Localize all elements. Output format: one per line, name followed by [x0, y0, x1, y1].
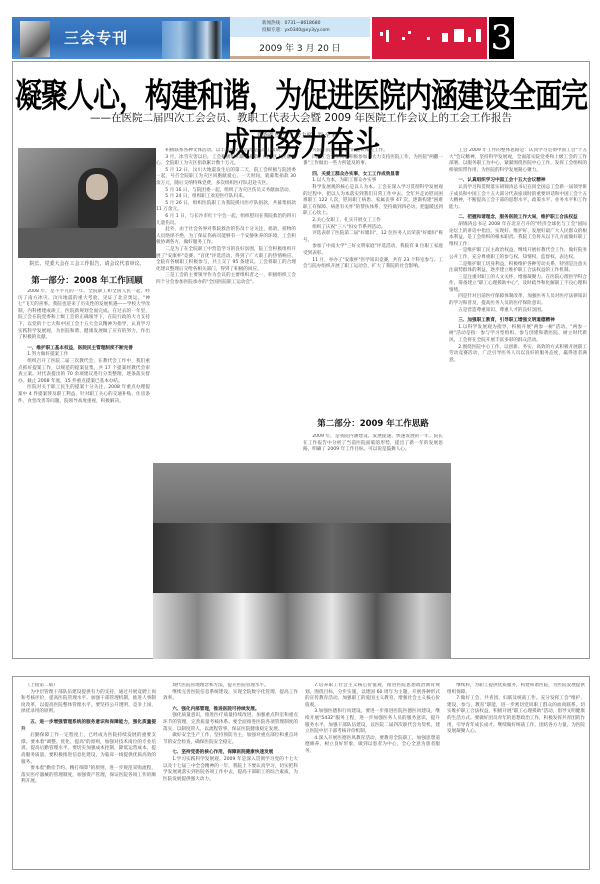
continuation-article: （上接第二版） 为中层管理干部队伍建设提供有力的支持，通过开展竞聘上岗和考核评价… — [12, 676, 590, 870]
paragraph: 认真学习和贯彻落实胡锦涛总书记在同全国总工会新一届领导班子成员和中国工会十五大部… — [449, 185, 587, 211]
subheading: 七、坚持党委的核心作用，保障医院健康快速发展 — [163, 750, 298, 757]
speaker-photo — [18, 148, 156, 258]
section-title: 三会专刊 — [64, 27, 128, 48]
paragraph: 科学发展观的核心是以人为本。工会在深入学习贯彻科学发展观的过程中，把以人为本落实… — [303, 185, 443, 218]
paragraph: 7.做好工会、共青团、妇联及统战工作。充分发挥工会"维护、建设、参与、教育"职能… — [447, 696, 585, 736]
paragraph: 3 月，冰雪灾害以后，工会积极组织职工捐款，向灾区人民献爱心。全院职工为灾区捐款… — [156, 155, 296, 168]
email-text: 投稿专递：yx0340@xy3yy.com — [262, 27, 370, 34]
paragraph: 胡锦涛总书记 2008 年在北京召开的"经济全球化与工会"国际论坛上的讲话中指出… — [449, 222, 587, 248]
paragraph: 2009 年，是我院内涵建设、发展提速、快速发展的一年。院长在工作报告中分析了当… — [303, 434, 443, 454]
paragraph: 11 月，举办了"安康杯"医学知识竞赛，共有 23 个科室参与。工会与院办组织开… — [303, 258, 443, 271]
cont-column-1: （上接第二版） 为中层管理干部队伍建设提供有力的支持，通过开展竞聘上岗和考核评价… — [21, 683, 156, 865]
subheading: 一、认真组织学习中国工会十五大会议精神 — [449, 178, 587, 185]
conference-photo — [153, 463, 451, 659]
paragraph: 三是工会的主要领导作为会议的主要组织者之一，积极组织工会四个分会参加医院承办的"… — [156, 273, 296, 286]
paragraph: 6 月 1 日，与长沙市红十字会一起，组织慰问在我院救治的四川儿童伤员。 — [156, 214, 296, 227]
masthead: 三会专刊 新闻热线：0731—8618680 投稿专递：yx0340@xy3yy… — [12, 17, 592, 59]
paragraph: 评选表彰了医院第二届"好媳妇"，12 位医务人员荣获"好媳妇"称号。 — [303, 231, 443, 244]
paragraph: 此外，由于社会各界对我院救治的伤员十分关注，捐款、捐物的人员络绎不绝，为了保证伤… — [156, 227, 296, 247]
paragraph: 5 月 12 日，汶川大地震发生后的第二天，院工会积极与院团委一起，号召全院职工… — [156, 168, 296, 188]
banner-decoration-image — [162, 21, 222, 59]
subheading-minor: 1.努力做好提案工作 — [18, 352, 150, 359]
paragraph: 医院对关于职工民生的提案十分关注，2008 年重点办理提案中 4 件提案涉及职工… — [18, 385, 150, 405]
issue-date: 2009 年 3 月 20 日 — [230, 37, 370, 54]
paragraph: 要本着"勤俭节约、精打细算"的原则，进一步规范采购流程，落实医疗器械的管理制度，… — [21, 766, 156, 786]
part1-heading: 第一部分：2008 年工作回顾 — [18, 274, 156, 286]
photo-caption: 院长、党委大会在工会工作报告，请会议代表审议。 — [18, 260, 156, 267]
column-2: 积极联系各种文体活动，以丰富的文化活动提高员工素质。 3 月，冰雪灾害以后，工会… — [156, 148, 296, 460]
paragraph: 5 月 24 日，组织职工欢迎医疗队归来。 — [156, 194, 296, 201]
paragraph: 三是注重对职工的人文关怀，增强凝聚力。在医院心理医学科合作，筹备建立"职工心理援… — [449, 275, 587, 295]
subheading: 三、加强职工教育，引导职工增强文明道德精神 — [449, 318, 587, 325]
paragraph: 四是工会全体同志积极参加并大力支持医院工作，为医院"两翻一番"工作做出一些力所能… — [303, 155, 443, 168]
paragraph: 究院医院科研才会"的会议相关工作。 — [303, 148, 443, 155]
paragraph: 参加了中南大学"三好文明家庭"评选活动，我院有 8 位职工家庭受到表彰。 — [303, 244, 443, 257]
paragraph: 后勤保障工作一定程度上，已经成为医院持续发展的重要支撑。要本着"调整、优化、提高… — [21, 733, 156, 766]
cont-column-2: 现代医院管理理念和方法，提升医院管理水平。 继续完善医院信息系统建设，实现全院数… — [163, 683, 298, 865]
part2-heading: 第二部分：2009 年工作思路 — [303, 417, 443, 429]
paragraph: 做好安全生产工作，坚持预防为主，加强对重点部位和重点环节的安全检查，确保医院安全… — [163, 733, 298, 746]
section-banner: 三会专刊 — [12, 17, 230, 59]
subheading: 二、把握和谐理念，服务医院工作大局，维护职工合法权益 — [449, 215, 587, 222]
paragraph: 4.深入开展医德医风教育活动，要教育全院职工，加强思想道德修养，树立良好形象，做… — [305, 736, 440, 756]
paragraph: 5 月 26 日，组织医院职工为我院援川医疗队捐款，共募集捐款 11 万余元。 — [156, 201, 296, 214]
paragraph: 继续科，为职工提供优质服务，构建和谐医院，为医院发展提供组织保障。 — [447, 683, 585, 696]
paragraph: 7.培养职工社会主义核心价值观，推进医院思想政治教育规划。围绕目标，分步实施，以… — [305, 683, 440, 709]
cont-column-4: 继续科，为职工提供优质服务，构建和谐医院，为医院发展提供组织保障。 7.做好工会… — [447, 683, 585, 865]
paragraph: 二是为了在全院职工中营造学习的良好氛围，院工会积极组织开展了"安康杯"竞赛、"百… — [156, 247, 296, 273]
paragraph: 2.围绕医院中心工作，以创新、务实、高效的方式积极开展职工劳动竞赛活动，广泛引导… — [449, 345, 587, 365]
paragraph: 3.加强医德和行风建设。要进一步推进医院医德医风建设，继续开展"5432"服务工… — [305, 709, 440, 735]
column-3: 究院医院科研才会"的会议相关工作。 四是工会全体同志积极参加并大力支持医院工作，… — [303, 148, 443, 403]
hotline-text: 新闻热线：0731—8618680 — [262, 20, 370, 27]
byline: 党委副书记、工会主席 罗 全 朴 — [257, 131, 338, 139]
page-number: 3 — [489, 17, 514, 59]
column-1: 2008 年，是不平凡的一年。全院职工和全国人民一起，经历了南方冰灾、汶川地震的… — [18, 289, 150, 654]
column-3-part2: 2009 年，是我院内涵建设、发展提速、快速发展的一年。院长在工作报告中分析了当… — [303, 434, 443, 460]
paragraph: 1.以科学发展观为指导，积极开展"两参一树"活动。"两参一树"活动是指：参与学习… — [449, 325, 587, 345]
continued-from-label: （上接第二版） — [21, 683, 156, 690]
paragraph: 1.学习实践科学发展观。2009 年是深入贯彻学习党的十七大以及十七届三中全会精… — [163, 757, 298, 783]
contact-info: 新闻热线：0731—8618680 投稿专递：yx0340@xy3yy.com — [230, 17, 370, 37]
paragraph: 一是维护职工民主政治权益，继续开展好教代会工作，做好院务公开工作，充分尊重职工的… — [449, 248, 587, 261]
header-rule — [230, 56, 370, 59]
subtitle: ——在医院二届四次工会会员、教职工代表大会暨 2009 年医院工作会议上的工会工… — [13, 110, 589, 125]
paragraph: 积极联系各种文体活动，以丰富的文化活动提高员工素质。 — [156, 148, 296, 155]
paragraph: 1.以人为本，为职工群众办实事 — [303, 178, 443, 185]
paragraph: 五是营造尊重知识、尊重人才的良好氛围。 — [449, 308, 587, 315]
contact-block: 新闻热线：0731—8618680 投稿专递：yx0340@xy3yy.com … — [230, 17, 370, 59]
paragraph: 2.关心女职工，扎实开展女工工作 — [303, 218, 443, 225]
paragraph: 2008 年，是不平凡的一年。全院职工和全国人民一起，经历了南方冰灾、汶川地震的… — [18, 289, 150, 342]
main-article: 凝聚人心，构建和谐，为促进医院内涵建设全面完成而努力奋斗 ——在医院二届四次工会… — [12, 61, 590, 659]
newspaper-logo — [372, 17, 487, 59]
cont-column-3: 7.培养职工社会主义核心价值观，推进医院思想政治教育规划。围绕目标，分步实施，以… — [305, 683, 440, 865]
paragraph: 工会 2009 年工作的整体思路是：认真学习贯彻中国工会"十五大"会议精神，坚持… — [449, 148, 587, 174]
paragraph: 组织召开了医院二届三次教代会，在教代会工作中，我们重点抓好提案工作，以规范的提案… — [18, 359, 150, 385]
paragraph: 为中层管理干部队伍建设提供有力的支持，通过开展竞聘上岗和考核评价，提高医院管理水… — [21, 690, 156, 716]
paragraph: 二是维护职工切身利益，积极维护各种劳动关系，特别是注意关注弱势群体的利益，逐步建… — [449, 262, 587, 275]
paragraph: 四是针对目前医疗保障体制改革，加强医务人员对医疗法律知识的学习和普及，提高医务人… — [449, 294, 587, 307]
column-4: 工会 2009 年工作的整体思路是：认真学习贯彻中国工会"十五大"会议精神，坚持… — [449, 148, 587, 656]
paragraph: 强化质量意识，推进医疗质量持续改进，加强重点科室和重点环节的管理，完善质量考核体… — [163, 713, 298, 733]
paragraph: 继续完善医院信息系统建设，实现全院数字化管理，提高工作效率。 — [163, 690, 298, 703]
banner-logo-image — [20, 21, 50, 57]
subheading: 五、进一步增强管理系统的服务意识和保障能力，强化质量提升 — [21, 720, 156, 733]
paragraph: 现代医院管理理念和方法，提升医院管理水平。 — [163, 683, 298, 690]
